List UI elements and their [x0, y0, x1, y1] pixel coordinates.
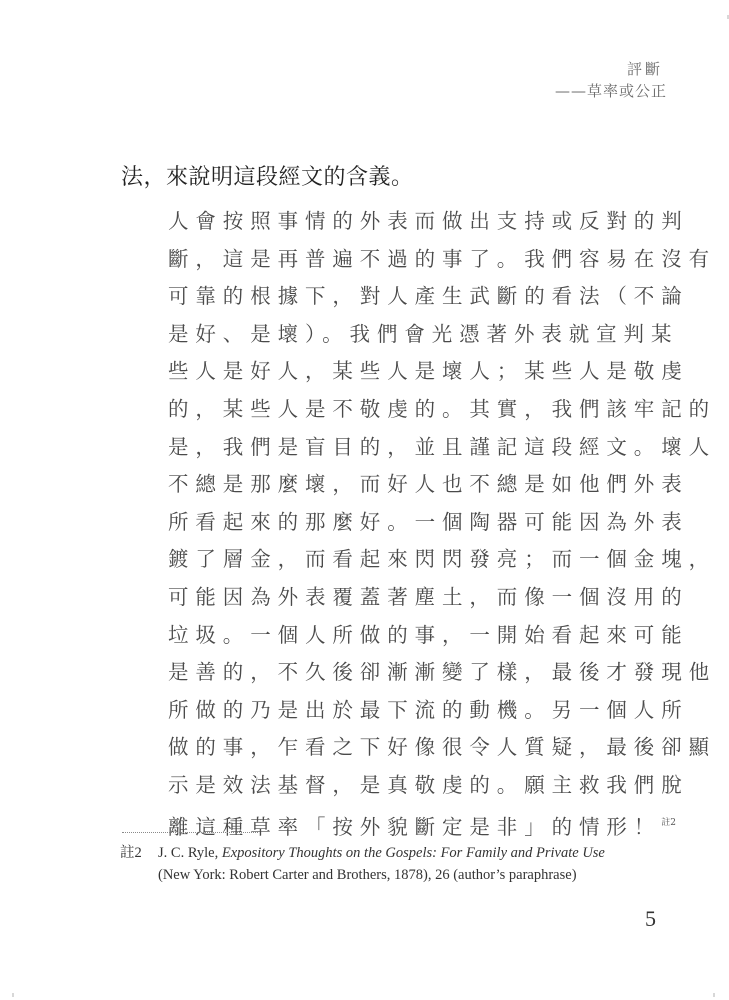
- footnote-divider: [122, 832, 258, 833]
- body-line: 是，我們是盲目的，並且謹記這段經文。壞人: [168, 429, 578, 467]
- body-line: 是好、是壞）。我們會光憑著外表就宣判某: [168, 316, 578, 354]
- footnote-line-2: (New York: Robert Carter and Brothers, 1…: [120, 864, 605, 886]
- body-line: 斷，這是再普遍不過的事了。我們容易在沒有: [168, 241, 578, 279]
- running-header: 評斷 ——草率或公正: [555, 58, 667, 102]
- page-number: 5: [645, 906, 656, 932]
- crop-mark: [12, 993, 14, 997]
- body-paragraph: 人會按照事情的外表而做出支持或反對的判 斷，這是再普遍不過的事了。我們容易在沒有…: [168, 203, 578, 846]
- footnote-label: 註2: [120, 842, 158, 864]
- body-line: 垃圾。一個人所做的事，一開始看起來可能: [168, 617, 578, 655]
- body-line: 所做的乃是出於最下流的動機。另一個人所: [168, 692, 578, 730]
- footnote-line-1: 註2J. C. Ryle, Expository Thoughts on the…: [120, 842, 605, 864]
- body-line: 的，某些人是不敬虔的。其實，我們該牢記的: [168, 391, 578, 429]
- body-line-text: 離這種草率「按外貌斷定是非」的情形！: [168, 815, 661, 839]
- body-line-last: 離這種草率「按外貌斷定是非」的情形！註2: [168, 805, 578, 847]
- footnote-book-title: Expository Thoughts on the Gospels: For …: [222, 845, 605, 861]
- body-line: 做的事，乍看之下好像很令人質疑，最後卻顯: [168, 729, 578, 767]
- footnote-author: J. C. Ryle,: [158, 845, 222, 861]
- body-line: 可能因為外表覆蓋著塵土，而像一個沒用的: [168, 579, 578, 617]
- body-line: 可靠的根據下，對人產生武斷的看法（不論: [168, 278, 578, 316]
- body-line: 所看起來的那麼好。一個陶器可能因為外表: [168, 504, 578, 542]
- footnote: 註2J. C. Ryle, Expository Thoughts on the…: [120, 842, 605, 886]
- chapter-title: 評斷: [555, 58, 667, 80]
- body-line: 不總是那麼壞，而好人也不總是如他們外表: [168, 466, 578, 504]
- crop-mark: [713, 993, 715, 997]
- body-line: 些人是好人，某些人是壞人；某些人是敬虔: [168, 353, 578, 391]
- lead-line: 法，來說明這段經文的含義。: [121, 160, 414, 191]
- body-line: 示是效法基督，是真敬虔的。願主救我們脫: [168, 767, 578, 805]
- chapter-subtitle: ——草率或公正: [555, 80, 667, 102]
- body-line: 是善的，不久後卻漸漸變了樣，最後才發現他: [168, 654, 578, 692]
- body-line: 人會按照事情的外表而做出支持或反對的判: [168, 203, 578, 241]
- body-line: 鍍了層金，而看起來閃閃發亮；而一個金塊，: [168, 541, 578, 579]
- footnote-reference[interactable]: 註2: [661, 818, 676, 828]
